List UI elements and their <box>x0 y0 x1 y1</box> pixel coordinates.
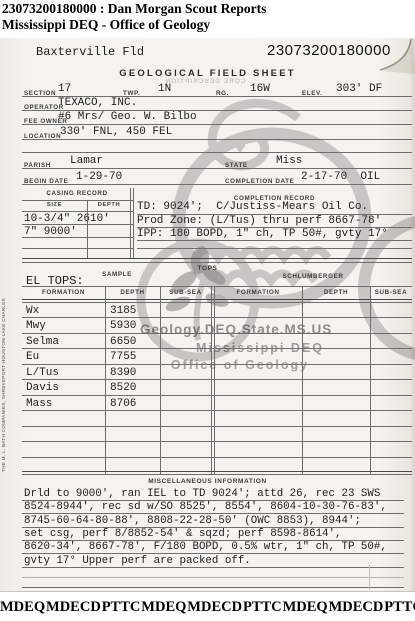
ruled-line <box>22 410 412 411</box>
misc-line: set csg, perf 8/8852-54' & sqzd; perf 85… <box>24 528 341 540</box>
watermark-office: Office of Geology <box>140 358 340 372</box>
ruled-line <box>22 211 133 212</box>
completion-line: Prod Zone: (L/Tus) thru perf 8667-78' <box>137 215 381 227</box>
ruled-line <box>22 457 412 458</box>
page-subtitle: Mississippi DEQ - Office of Geology <box>2 17 210 33</box>
col-depth: DEPTH <box>105 289 160 296</box>
form-title: GEOLOGICAL FIELD SHEET <box>0 68 415 79</box>
agency-footer: MDEQ MDECD PTTC MDEQ MDECD PTTC MDEQ MDE… <box>0 599 415 616</box>
ruled-line <box>22 577 404 578</box>
casing-size-header: SIZE <box>22 202 87 208</box>
ruled-line <box>137 248 412 249</box>
footer-item: MDECD <box>46 599 101 616</box>
formation-cell: Selma <box>26 336 59 348</box>
depth-cell: 8390 <box>110 367 136 379</box>
ruled-line <box>22 567 404 568</box>
section-divider <box>22 471 412 472</box>
col-subsea-2: SUB-SEA <box>370 289 412 296</box>
divider-line <box>133 188 134 258</box>
divider-line <box>369 565 370 590</box>
ruled-line <box>22 317 412 318</box>
casing-record-title: CASING RECORD <box>22 190 132 197</box>
col-subsea: SUB-SEA <box>160 289 211 296</box>
watermark-url: Geology.DEQ.State.MS.US <box>140 322 332 337</box>
ruled-line <box>22 553 404 554</box>
divider-line <box>160 286 161 474</box>
ruled-line <box>22 237 133 238</box>
depth-cell: 6650 <box>110 336 136 348</box>
location-value: 330' FNL, 450 FEL <box>60 126 172 138</box>
printer-credit: THE M. L. BATH COMPANIES, SHREVEPORT-HOU… <box>1 266 6 472</box>
misc-line: gvty 17° Upper perf are packed off. <box>24 555 251 567</box>
divider-line <box>130 188 131 258</box>
footer-item: MDEQ <box>141 599 186 616</box>
parish-value: Lamar <box>70 155 103 167</box>
ruled-line <box>22 200 133 201</box>
ruled-line <box>22 262 412 263</box>
completion-line: TD: 9024'; C/Justiss-Mears Oil Co. <box>137 201 368 213</box>
misc-line: Drld to 9000', ran IEL to TD 9024'; attd… <box>24 488 380 500</box>
depth-cell: 8520 <box>110 382 136 394</box>
depth-cell: 8706 <box>110 398 136 410</box>
misc-line: 8620-34', 8667-78', F/180 BOPD, 0.5% wtr… <box>24 541 387 553</box>
api-number-stamp: 23073200180000 <box>267 42 391 59</box>
ruled-line <box>22 302 412 303</box>
ruled-line <box>22 286 412 287</box>
completion-line: IPP: 180 BOPD, 1" ch, TP 50#, gvty 17° <box>137 228 388 240</box>
ruled-line <box>22 184 412 185</box>
scanned-field-sheet: Geology.DEQ.State.MS.US Mississippi DEQ … <box>0 38 415 592</box>
misc-title: MISCELLANEOUS INFORMATION <box>0 478 415 485</box>
misc-line: 8745-60-64-80-88', 8808-22-28-50' (OWC 8… <box>24 515 361 527</box>
ruled-line <box>22 333 412 334</box>
section-divider <box>22 258 412 259</box>
divider-line <box>105 286 106 474</box>
fee-owner-value: #6 Mrs/ Geo. W. Bilbo <box>58 111 197 123</box>
ruled-line <box>22 474 412 475</box>
formation-cell: Wx <box>26 305 39 317</box>
twp-value: 1N <box>158 83 171 95</box>
elev-value: 303' DF <box>336 83 382 95</box>
divider-line <box>302 286 303 474</box>
operator-value: TEXACO, INC. <box>58 97 137 109</box>
formation-cell: L/Tus <box>26 367 59 379</box>
footer-item: PTTC <box>102 599 141 616</box>
depth-cell: 7755 <box>110 351 136 363</box>
ruled-line <box>22 224 133 225</box>
ruled-line <box>22 364 412 365</box>
misc-line: 8524-8944', rec sd w/SO 8525', 8554', 86… <box>24 501 387 513</box>
footer-item: PTTC <box>243 599 282 616</box>
casing-depth-header: DEPTH <box>87 202 131 208</box>
formation-cell: Mass <box>26 398 52 410</box>
begin-date-value: 1-29-70 <box>76 171 122 183</box>
ruled-line <box>22 248 133 249</box>
col-formation-2: FORMATION <box>214 289 302 296</box>
page-title: 23073200180000 : Dan Morgan Scout Report… <box>2 1 266 17</box>
scout-report-page: 23073200180000 : Dan Morgan Scout Report… <box>0 0 415 621</box>
completion-date-value: 2-17-70 OIL <box>301 171 380 183</box>
depth-cell: 3185 <box>110 305 136 317</box>
schlumberger-header: SCHLUMBERGER <box>214 273 412 280</box>
ruled-line <box>22 124 412 125</box>
ruled-line <box>22 379 412 380</box>
field-name: Baxterville Fld <box>36 45 144 59</box>
ruled-line <box>22 513 404 514</box>
ruled-line <box>22 152 412 153</box>
ruled-line <box>22 395 412 396</box>
divider-line <box>370 286 371 474</box>
ruled-line <box>22 299 412 300</box>
ruled-line <box>22 139 412 140</box>
depth-cell: 5930 <box>110 320 136 332</box>
ruled-line <box>22 426 412 427</box>
ruled-line <box>22 168 412 169</box>
formation-cell: Eu <box>26 351 39 363</box>
divider-line <box>87 200 88 258</box>
divider-line <box>214 286 215 474</box>
footer-item: MDEQ <box>283 599 328 616</box>
ruled-line <box>22 441 412 442</box>
col-depth-2: DEPTH <box>302 289 370 296</box>
rg-value: 16W <box>250 83 270 95</box>
ruled-line <box>137 240 412 241</box>
footer-item: MDECD <box>329 599 384 616</box>
footer-item: MDECD <box>187 599 242 616</box>
divider-line <box>211 286 212 474</box>
footer-item: MDEQ <box>0 599 45 616</box>
formation-cell: Davis <box>26 382 59 394</box>
section-value: 17 <box>58 83 71 95</box>
footer-item: PTTC <box>384 599 415 616</box>
ruled-line <box>22 587 404 588</box>
ruled-line <box>22 348 412 349</box>
col-formation: FORMATION <box>22 289 105 296</box>
formation-cell: Mwy <box>26 320 46 332</box>
state-value: Miss <box>276 155 302 167</box>
